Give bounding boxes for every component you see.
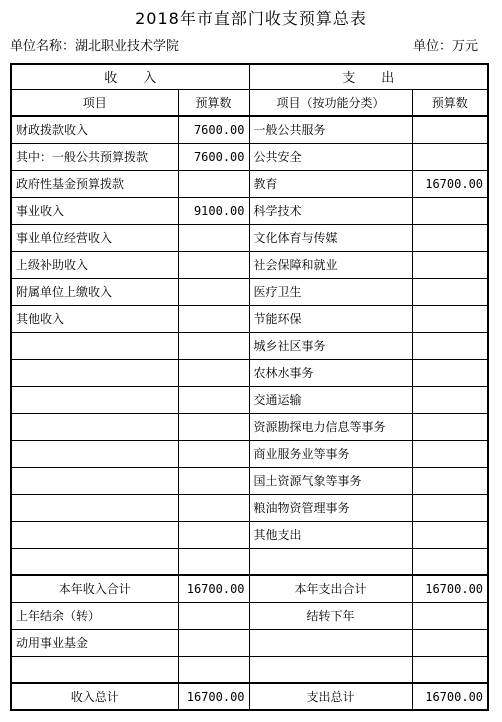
income-item-cell	[11, 386, 178, 413]
table-row: 其他支出	[11, 521, 488, 548]
income-item-cell: 本年收入合计	[11, 575, 178, 602]
col-header-expense-budget: 预算数	[412, 89, 488, 116]
expense-budget-cell	[412, 548, 488, 575]
expense-item-cell: 节能环保	[249, 305, 412, 332]
table-row: 上年结余（转）结转下年	[11, 602, 488, 629]
income-budget-cell	[178, 332, 249, 359]
expense-item-cell: 城乡社区事务	[249, 332, 412, 359]
income-budget-cell: 9100.00	[178, 197, 249, 224]
expense-item-cell: 支出总计	[249, 683, 412, 710]
table-row	[11, 656, 488, 683]
income-section-header: 收 入	[11, 64, 249, 89]
income-budget-cell	[178, 629, 249, 656]
income-item-cell: 上级补助收入	[11, 251, 178, 278]
income-budget-cell: 16700.00	[178, 575, 249, 602]
col-header-expense-item: 项目（按功能分类）	[249, 89, 412, 116]
unit-label: 单位：	[413, 39, 452, 54]
table-row: 其他收入节能环保	[11, 305, 488, 332]
expense-budget-cell	[412, 413, 488, 440]
expense-budget-cell	[412, 386, 488, 413]
expense-budget-cell: 16700.00	[412, 170, 488, 197]
expense-budget-cell	[412, 278, 488, 305]
expense-budget-cell	[412, 305, 488, 332]
column-header-row: 项目 预算数 项目（按功能分类） 预算数	[11, 89, 488, 116]
expense-item-cell: 农林水事务	[249, 359, 412, 386]
income-budget-cell	[178, 602, 249, 629]
income-budget-cell	[178, 278, 249, 305]
budget-summary-page: 2018年市直部门收支预算总表 单位名称：湖北职业技术学院 单位：万元 收 入 …	[0, 7, 502, 722]
income-item-cell: 其中：一般公共预算拨款	[11, 143, 178, 170]
income-item-cell: 政府性基金预算拨款	[11, 170, 178, 197]
expense-item-cell: 文化体育与传媒	[249, 224, 412, 251]
table-row: 城乡社区事务	[11, 332, 488, 359]
expense-budget-cell	[412, 467, 488, 494]
income-budget-cell	[178, 656, 249, 683]
income-budget-cell	[178, 467, 249, 494]
table-row: 上级补助收入社会保障和就业	[11, 251, 488, 278]
income-item-cell: 附属单位上缴收入	[11, 278, 178, 305]
expense-budget-cell	[412, 116, 488, 143]
table-row	[11, 548, 488, 575]
expense-item-cell: 本年支出合计	[249, 575, 412, 602]
expense-item-cell: 公共安全	[249, 143, 412, 170]
expense-item-cell: 医疗卫生	[249, 278, 412, 305]
table-row: 财政拨款收入7600.00一般公共服务	[11, 116, 488, 143]
income-budget-cell: 7600.00	[178, 143, 249, 170]
table-row: 国土资源气象等事务	[11, 467, 488, 494]
table-row: 事业单位经营收入文化体育与传媒	[11, 224, 488, 251]
income-item-cell: 事业收入	[11, 197, 178, 224]
table-row: 动用事业基金	[11, 629, 488, 656]
income-item-cell	[11, 656, 178, 683]
expense-budget-cell	[412, 521, 488, 548]
expense-budget-cell	[412, 602, 488, 629]
expense-item-cell: 社会保障和就业	[249, 251, 412, 278]
expense-section-header: 支 出	[249, 64, 488, 89]
expense-budget-cell	[412, 629, 488, 656]
income-budget-cell: 7600.00	[178, 116, 249, 143]
income-item-cell	[11, 332, 178, 359]
unit-of-measure: 单位：万元	[413, 39, 487, 55]
income-item-cell	[11, 548, 178, 575]
income-item-cell: 上年结余（转）	[11, 602, 178, 629]
expense-budget-cell	[412, 224, 488, 251]
table-row: 收入总计16700.00支出总计16700.00	[11, 683, 488, 710]
expense-budget-cell	[412, 332, 488, 359]
table-row: 粮油物资管理事务	[11, 494, 488, 521]
table-row: 事业收入9100.00科学技术	[11, 197, 488, 224]
expense-budget-cell	[412, 143, 488, 170]
expense-item-cell: 一般公共服务	[249, 116, 412, 143]
income-item-cell	[11, 494, 178, 521]
expense-item-cell: 教育	[249, 170, 412, 197]
expense-item-cell: 粮油物资管理事务	[249, 494, 412, 521]
table-row: 农林水事务	[11, 359, 488, 386]
expense-item-cell: 结转下年	[249, 602, 412, 629]
expense-budget-cell	[412, 494, 488, 521]
meta-row: 单位名称：湖北职业技术学院 单位：万元	[10, 39, 487, 55]
income-item-cell	[11, 359, 178, 386]
income-budget-cell	[178, 548, 249, 575]
table-row: 交通运输	[11, 386, 488, 413]
section-header-row: 收 入 支 出	[11, 64, 488, 89]
expense-item-cell: 其他支出	[249, 521, 412, 548]
income-item-cell	[11, 440, 178, 467]
income-item-cell	[11, 467, 178, 494]
expense-item-cell: 交通运输	[249, 386, 412, 413]
expense-budget-cell	[412, 359, 488, 386]
income-budget-cell	[178, 386, 249, 413]
expense-item-cell	[249, 629, 412, 656]
income-item-cell: 其他收入	[11, 305, 178, 332]
income-budget-cell	[178, 494, 249, 521]
income-budget-cell	[178, 251, 249, 278]
page-title: 2018年市直部门收支预算总表	[0, 7, 502, 30]
income-budget-cell	[178, 440, 249, 467]
expense-budget-cell	[412, 197, 488, 224]
expense-item-cell: 科学技术	[249, 197, 412, 224]
table-row: 资源勘探电力信息等事务	[11, 413, 488, 440]
table-body: 财政拨款收入7600.00一般公共服务其中：一般公共预算拨款7600.00公共安…	[11, 116, 488, 710]
expense-budget-cell	[412, 656, 488, 683]
unit-name-label: 单位名称：	[10, 39, 75, 54]
income-item-cell	[11, 521, 178, 548]
income-budget-cell	[178, 170, 249, 197]
expense-budget-cell: 16700.00	[412, 575, 488, 602]
unit-value: 万元	[452, 39, 478, 54]
expense-budget-cell: 16700.00	[412, 683, 488, 710]
table-row: 本年收入合计16700.00本年支出合计16700.00	[11, 575, 488, 602]
income-item-cell: 财政拨款收入	[11, 116, 178, 143]
income-item-cell: 动用事业基金	[11, 629, 178, 656]
expense-item-cell	[249, 548, 412, 575]
income-item-cell: 收入总计	[11, 683, 178, 710]
table-row: 政府性基金预算拨款教育16700.00	[11, 170, 488, 197]
income-budget-cell	[178, 359, 249, 386]
income-item-cell: 事业单位经营收入	[11, 224, 178, 251]
expense-item-cell	[249, 656, 412, 683]
expense-item-cell: 商业服务业等事务	[249, 440, 412, 467]
col-header-income-budget: 预算数	[178, 89, 249, 116]
expense-item-cell: 国土资源气象等事务	[249, 467, 412, 494]
expense-item-cell: 资源勘探电力信息等事务	[249, 413, 412, 440]
table-row: 附属单位上缴收入医疗卫生	[11, 278, 488, 305]
col-header-income-item: 项目	[11, 89, 178, 116]
expense-budget-cell	[412, 440, 488, 467]
table-row: 商业服务业等事务	[11, 440, 488, 467]
income-budget-cell	[178, 224, 249, 251]
expense-budget-cell	[412, 251, 488, 278]
income-budget-cell	[178, 413, 249, 440]
income-item-cell	[11, 413, 178, 440]
income-budget-cell	[178, 521, 249, 548]
table-row: 其中：一般公共预算拨款7600.00公共安全	[11, 143, 488, 170]
income-budget-cell: 16700.00	[178, 683, 249, 710]
budget-table: 收 入 支 出 项目 预算数 项目（按功能分类） 预算数 财政拨款收入7600.…	[10, 63, 489, 711]
unit-name-value: 湖北职业技术学院	[75, 39, 179, 54]
unit-name: 单位名称：湖北职业技术学院	[10, 39, 179, 55]
income-budget-cell	[178, 305, 249, 332]
